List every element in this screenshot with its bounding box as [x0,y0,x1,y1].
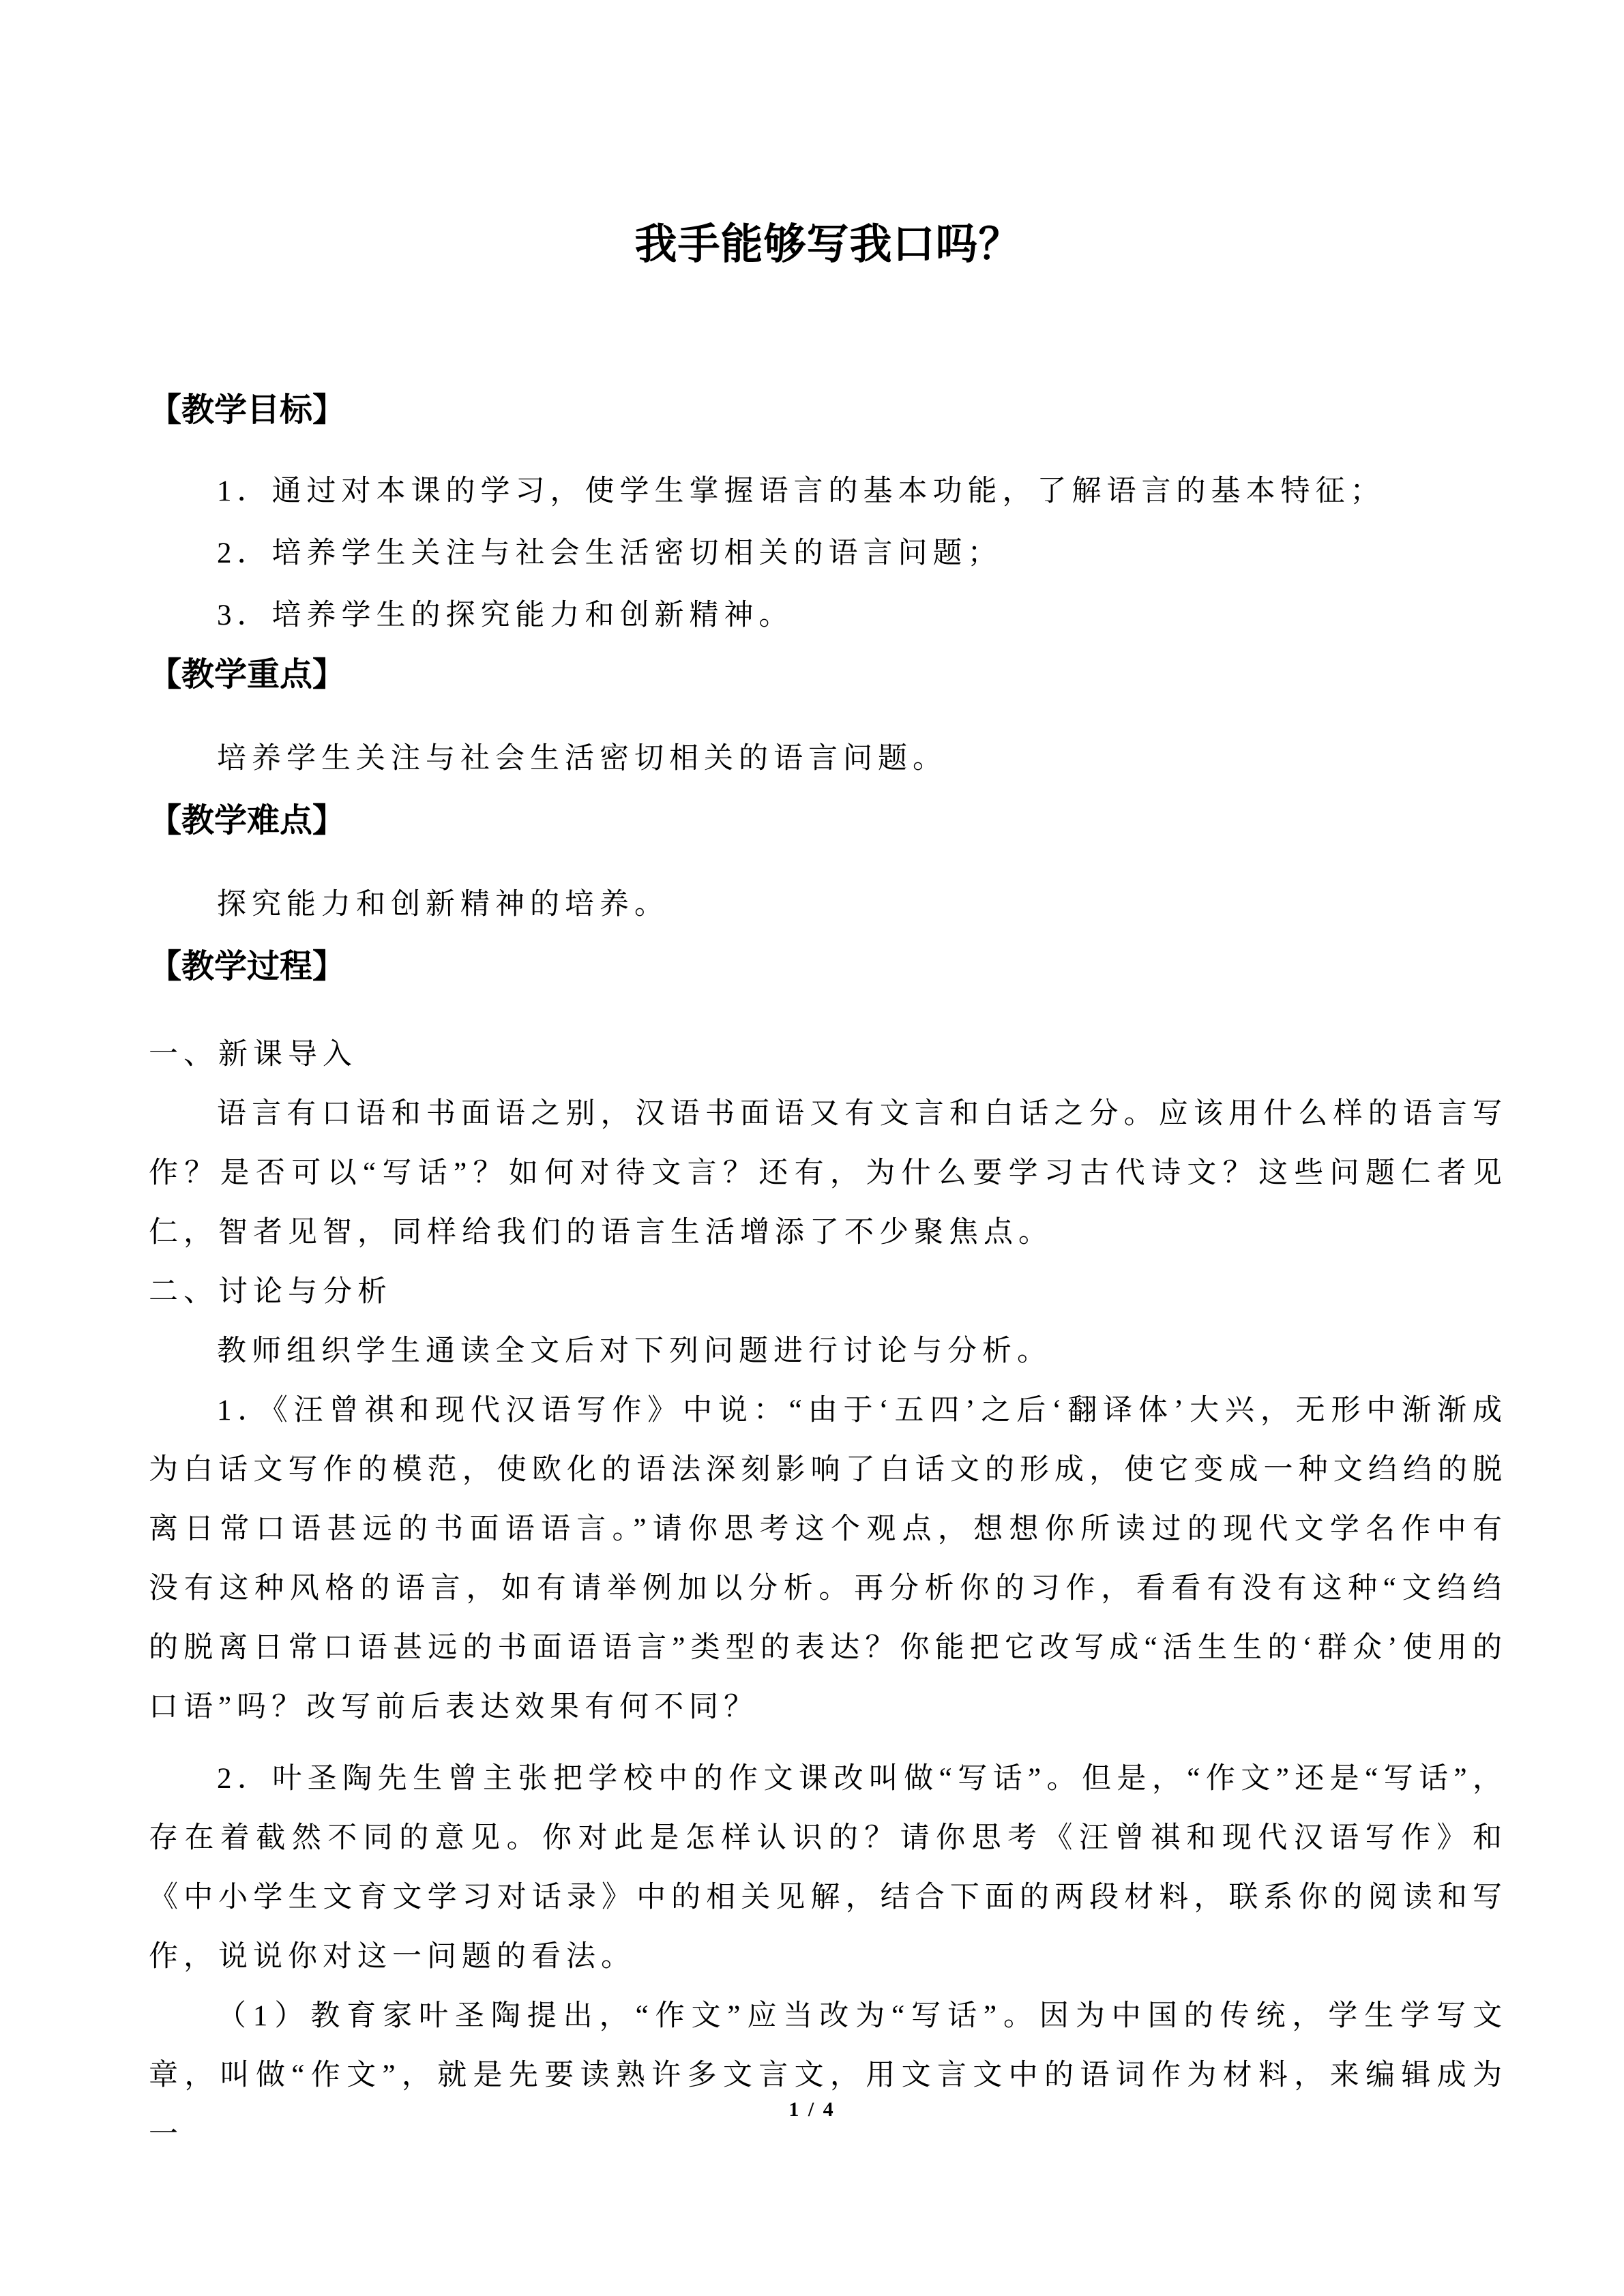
document-page: 我手能够写我口吗？ 【教学目标】 1．通过对本课的学习，使学生掌握语言的基本功能… [0,0,1624,2296]
page-number: 1 / 4 [0,2099,1624,2121]
heading-teaching-key-points: 【教学重点】 [149,645,1507,704]
objective-item-3: 3．培养学生的探究能力和创新精神。 [149,586,1507,645]
discussion-question-2: 2．叶圣陶先生曾主张把学校中的作文课改叫做“写话”。但是，“作文”还是“写话”，… [149,1749,1507,1986]
heading-teaching-difficulties: 【教学难点】 [149,791,1507,850]
process-part2-label: 二、讨论与分析 [149,1262,1507,1322]
process-part2-intro: 教师组织学生通读全文后对下列问题进行讨论与分析。 [149,1322,1507,1381]
material-paragraph-1: （1）教育家叶圣陶提出，“作文”应当改为“写话”。因为中国的传统，学生学写文章，… [149,1986,1507,2164]
key-points-text: 培养学生关注与社会生活密切相关的语言问题。 [149,729,1507,788]
document-title: 我手能够写我口吗？ [149,215,1507,274]
heading-teaching-process: 【教学过程】 [149,937,1507,996]
discussion-question-1: 1．《汪曾祺和现代汉语写作》中说：“由于‘五四’之后‘翻译体’大兴，无形中渐渐成… [149,1381,1507,1737]
difficulties-text: 探究能力和创新精神的培养。 [149,875,1507,934]
process-part1-paragraph: 语言有口语和书面语之别，汉语书面语又有文言和白话之分。应该用什么样的语言写作？是… [149,1084,1507,1262]
process-part1-label: 一、新课导入 [149,1025,1507,1084]
objective-item-1: 1．通过对本课的学习，使学生掌握语言的基本功能，了解语言的基本特征； [149,462,1507,521]
objective-item-2: 2．培养学生关注与社会生活密切相关的语言问题； [149,524,1507,583]
heading-teaching-objectives: 【教学目标】 [149,381,1507,440]
